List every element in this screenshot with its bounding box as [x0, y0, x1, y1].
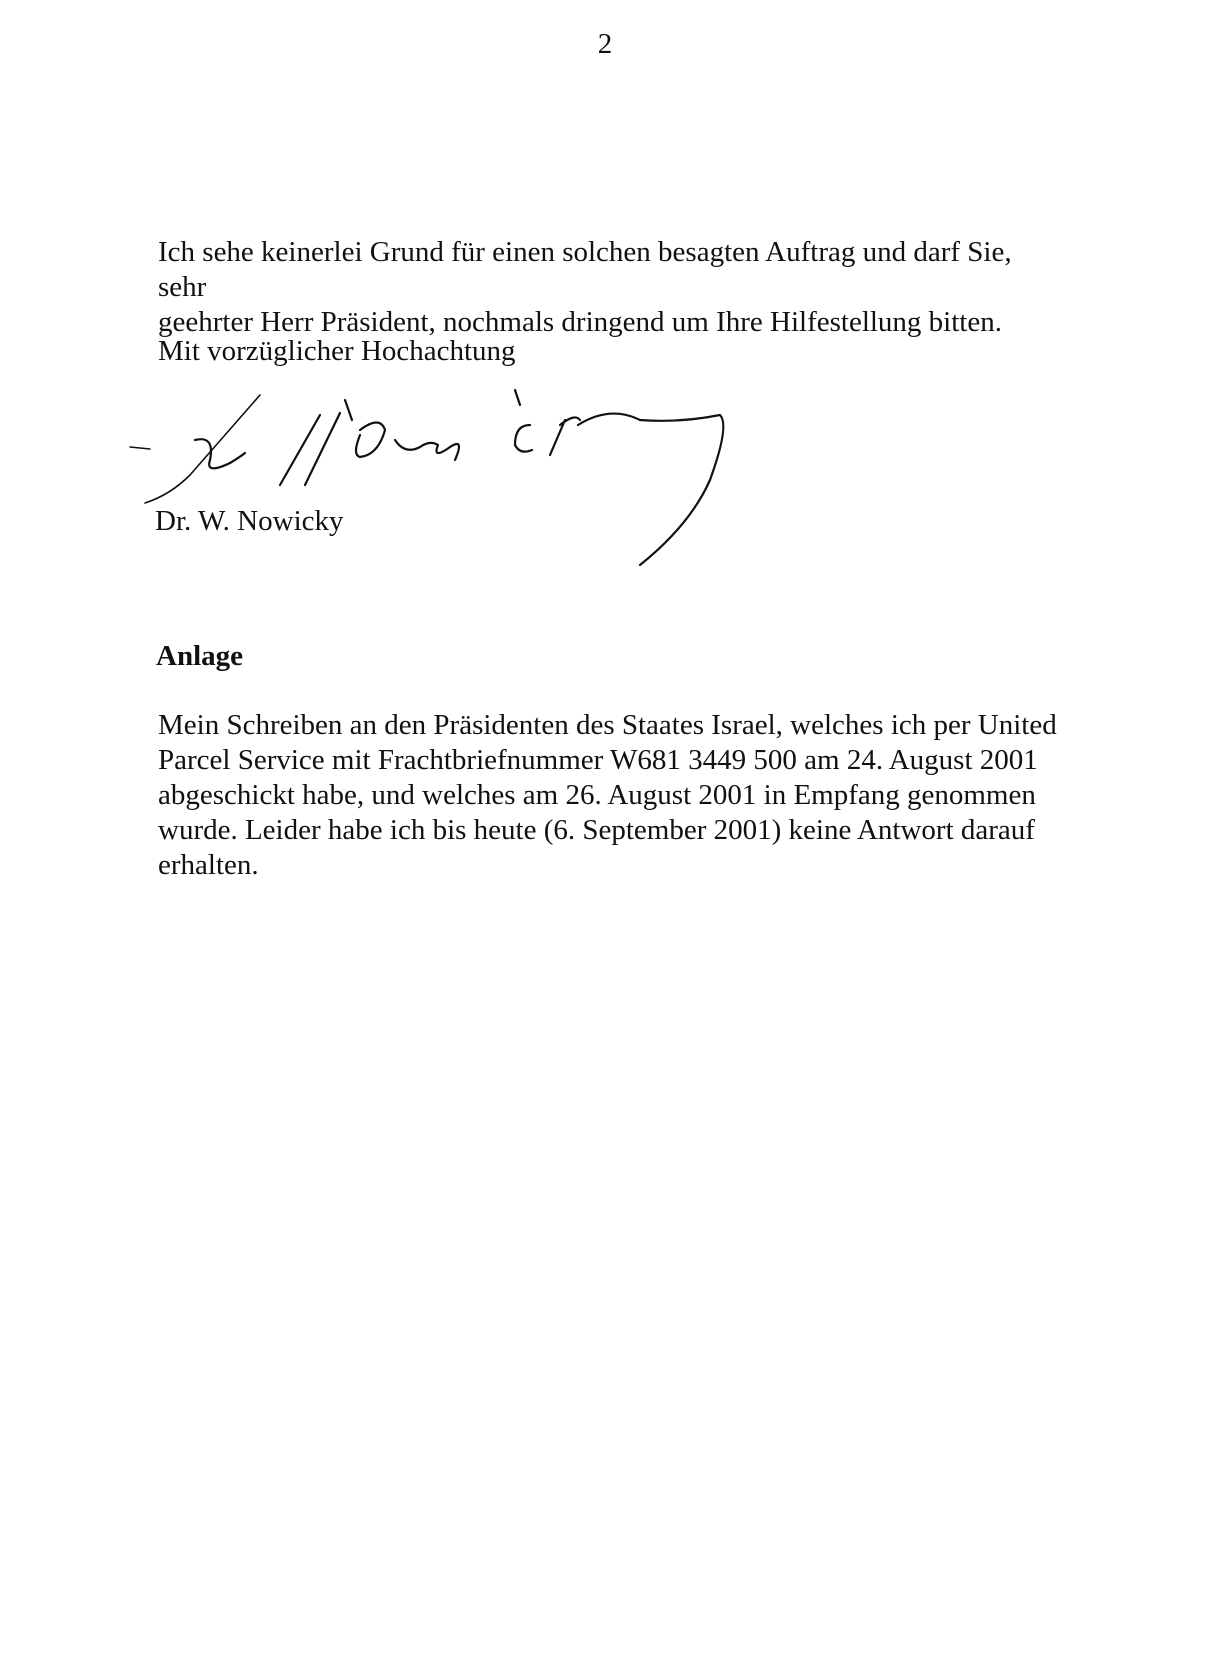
enclosure-line: Parcel Service mit Frachtbriefnummer W68… — [158, 744, 1038, 776]
body-line: Ich sehe keinerlei Grund für einen solch… — [158, 236, 1012, 303]
enclosure-line: abgeschickt habe, und welches am 26. Aug… — [158, 779, 1036, 811]
body-paragraph: Ich sehe keinerlei Grund für einen solch… — [158, 235, 1058, 340]
enclosure-heading: Anlage — [156, 640, 243, 673]
body-line: geehrter Herr Präsident, nochmals dringe… — [158, 306, 1002, 338]
enclosure-paragraph: Mein Schreiben an den Präsidenten des St… — [158, 708, 1078, 883]
signature-icon — [120, 385, 780, 575]
page-number: 2 — [0, 28, 1210, 61]
signer-name: Dr. W. Nowicky — [155, 505, 344, 538]
enclosure-line: erhalten. — [158, 849, 259, 881]
enclosure-line: wurde. Leider habe ich bis heute (6. Sep… — [158, 814, 1035, 846]
closing-phrase: Mit vorzüglicher Hochachtung — [158, 335, 516, 368]
enclosure-line: Mein Schreiben an den Präsidenten des St… — [158, 709, 1057, 741]
